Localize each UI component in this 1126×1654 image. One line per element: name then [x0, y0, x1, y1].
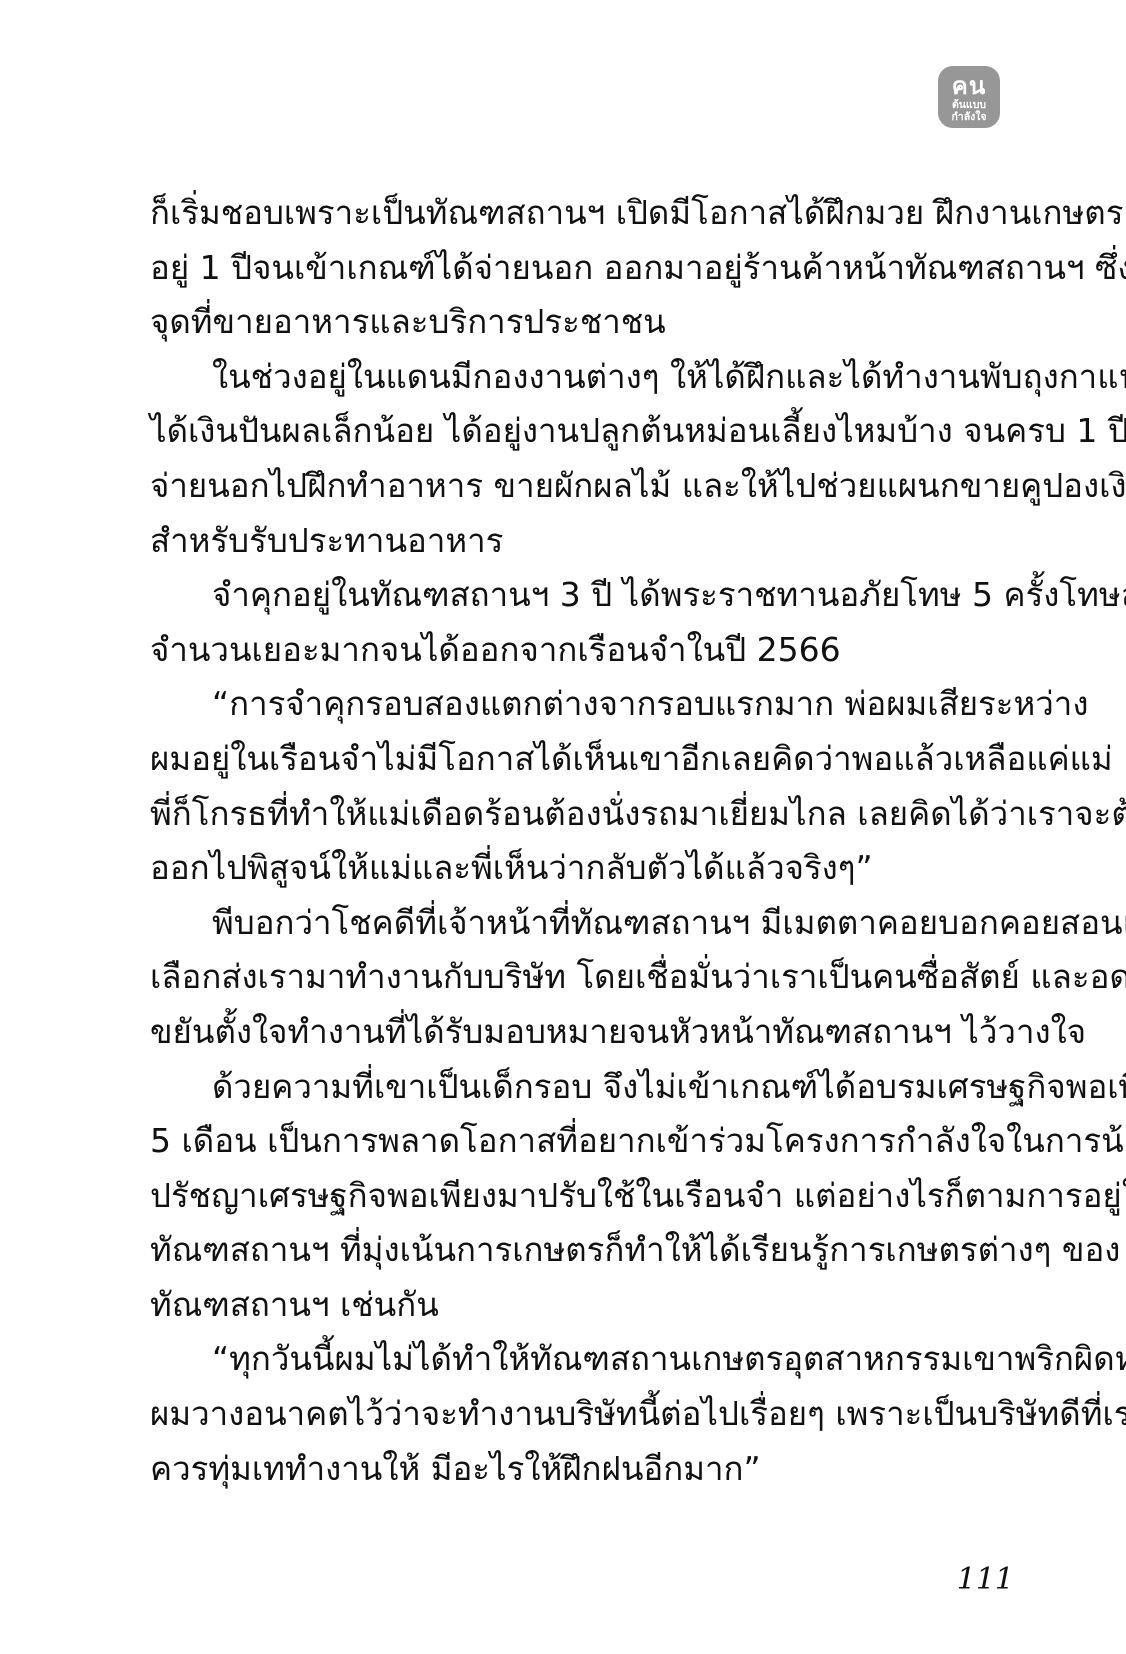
text-line: ออกไปพิสูจน์ให้แม่และพี่เห็นว่ากลับตัวได…	[150, 841, 998, 896]
page-number: 111	[957, 1562, 1014, 1597]
text-line: “การจำคุกรอบสองแตกต่างจากรอบแรกมาก พ่อผม…	[150, 677, 998, 732]
text-line: ก็เริ่มชอบเพราะเป็นทัณฑสถานฯ เปิดมีโอกาส…	[150, 186, 998, 241]
text-line: ขยันตั้งใจทำงานที่ได้รับมอบหมายจนหัวหน้า…	[150, 1005, 998, 1060]
paragraph: จำคุกอยู่ในทัณฑสถานฯ 3 ปี ได้พระราชทานอภ…	[150, 568, 998, 677]
publisher-logo-text-line2: ต้นแบบ	[952, 100, 986, 111]
paragraph: “ทุกวันนี้ผมไม่ได้ทำให้ทัณฑสถานเกษตรอุตส…	[150, 1332, 998, 1496]
text-line: ผมอยู่ในเรือนจำไม่มีโอกาสได้เห็นเขาอีกเล…	[150, 732, 998, 787]
text-line: พี่ก็โกรธที่ทำให้แม่เดือดร้อนต้องนั่งรถม…	[150, 787, 998, 842]
text-line: จุดที่ขายอาหารและบริการประชาชน	[150, 295, 998, 350]
text-line: ปรัชญาเศรษฐกิจพอเพียงมาปรับใช้ในเรือนจำ …	[150, 1169, 998, 1224]
paragraph: ในช่วงอยู่ในแดนมีกองงานต่างๆ ให้ได้ฝึกแล…	[150, 350, 998, 568]
paragraph: ด้วยความที่เขาเป็นเด็กรอบ จึงไม่เข้าเกณฑ…	[150, 1060, 998, 1333]
text-line: เลือกส่งเรามาทำงานกับบริษัท โดยเชื่อมั่น…	[150, 950, 998, 1005]
text-line: ผมวางอนาคตไว้ว่าจะทำงานบริษัทนี้ต่อไปเรื…	[150, 1387, 998, 1442]
publisher-logo-text-line3: กำลังใจ	[951, 112, 986, 123]
text-line: “ทุกวันนี้ผมไม่ได้ทำให้ทัณฑสถานเกษตรอุตส…	[150, 1332, 998, 1387]
text-line: ทัณฑสถานฯ เช่นกัน	[150, 1278, 998, 1333]
text-line: ด้วยความที่เขาเป็นเด็กรอบ จึงไม่เข้าเกณฑ…	[150, 1060, 998, 1115]
paragraph: “การจำคุกรอบสองแตกต่างจากรอบแรกมาก พ่อผม…	[150, 677, 998, 895]
text-line: สำหรับรับประทานอาหาร	[150, 514, 998, 569]
publisher-logo-text-line1: คน	[952, 74, 986, 98]
paragraph: ก็เริ่มชอบเพราะเป็นทัณฑสถานฯ เปิดมีโอกาส…	[150, 186, 998, 350]
book-page: คน ต้นแบบ กำลังใจ ก็เริ่มชอบเพราะเป็นทัณ…	[0, 0, 1126, 1654]
body-text: ก็เริ่มชอบเพราะเป็นทัณฑสถานฯ เปิดมีโอกาส…	[150, 186, 998, 1496]
text-line: พีบอกว่าโชคดีที่เจ้าหน้าที่ทัณฑสถานฯ มีเ…	[150, 896, 998, 951]
text-line: 5 เดือน เป็นการพลาดโอกาสที่อยากเข้าร่วมโ…	[150, 1114, 998, 1169]
text-line: อยู่ 1 ปีจนเข้าเกณฑ์ได้จ่ายนอก ออกมาอยู่…	[150, 241, 998, 296]
text-line: ในช่วงอยู่ในแดนมีกองงานต่างๆ ให้ได้ฝึกแล…	[150, 350, 998, 405]
text-line: จ่ายนอกไปฝึกทำอาหาร ขายผักผลไม้ และให้ไป…	[150, 459, 998, 514]
text-line: ควรทุ่มเททำงานให้ มีอะไรให้ฝึกฝนอีกมาก”	[150, 1442, 998, 1497]
text-line: จำนวนเยอะมากจนได้ออกจากเรือนจำในปี 2566	[150, 623, 998, 678]
text-line: จำคุกอยู่ในทัณฑสถานฯ 3 ปี ได้พระราชทานอภ…	[150, 568, 998, 623]
text-line: ทัณฑสถานฯ ที่มุ่งเน้นการเกษตรก็ทำให้ได้เ…	[150, 1223, 998, 1278]
paragraph: พีบอกว่าโชคดีที่เจ้าหน้าที่ทัณฑสถานฯ มีเ…	[150, 896, 998, 1060]
text-line: ได้เงินปันผลเล็กน้อย ได้อยู่งานปลูกต้นหม…	[150, 404, 998, 459]
publisher-logo: คน ต้นแบบ กำลังใจ	[938, 66, 1000, 128]
